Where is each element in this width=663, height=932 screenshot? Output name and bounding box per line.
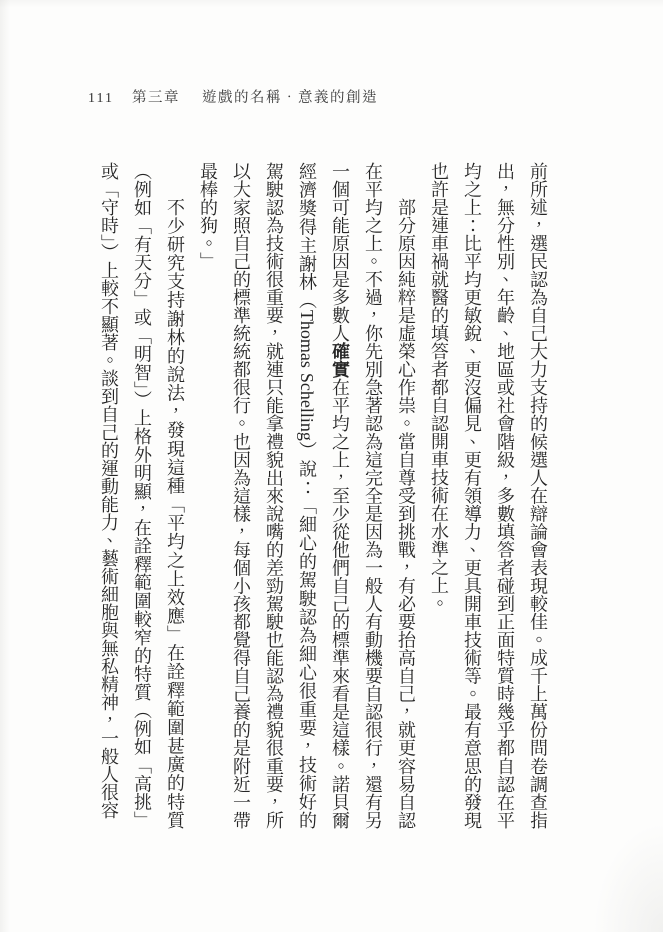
emphasized-text: 確實 [330, 342, 350, 378]
body-text: 前所述，選民認為自己大力支持的候選人在辯論會表現較佳。成千上萬份問卷調查指出，無… [92, 162, 554, 829]
chapter-title: 遊戲的名稱‧意義的創造 [202, 86, 378, 107]
paragraph: 部分原因純粹是虛榮心作祟。當自尊受到挑戰，有必要抬高自己，就更容易自認在平均之上… [191, 162, 422, 829]
scan-corner-shading [593, 822, 663, 932]
paragraph-text: 在平均之上，至少從他們自己的標準來看是這樣。諾貝爾經濟獎得主謝林（Thomas … [198, 162, 350, 829]
paragraph: 不少研究支持謝林的說法，發現這種「平均之上效應」在詮釋範圍甚廣的特質（例如「有天… [92, 162, 191, 829]
page-header: 111 第三章 遊戲的名稱‧意義的創造 [88, 86, 378, 107]
paragraph-text: 前所述，選民認為自己大力支持的候選人在辯論會表現較佳。成千上萬份問卷調查指出，無… [429, 162, 548, 829]
page-number: 111 [88, 91, 114, 107]
book-page: { "header": { "page_number": "111", "cha… [0, 0, 663, 932]
scan-edge-shading-left [0, 0, 10, 932]
paragraph: 前所述，選民認為自己大力支持的候選人在辯論會表現較佳。成千上萬份問卷調查指出，無… [422, 162, 554, 829]
chapter-label: 第三章 [132, 86, 180, 107]
paragraph-text: 不少研究支持謝林的說法，發現這種「平均之上效應」在詮釋範圍甚廣的特質（例如「有天… [99, 162, 185, 829]
scan-edge-shading-top [0, 0, 663, 8]
